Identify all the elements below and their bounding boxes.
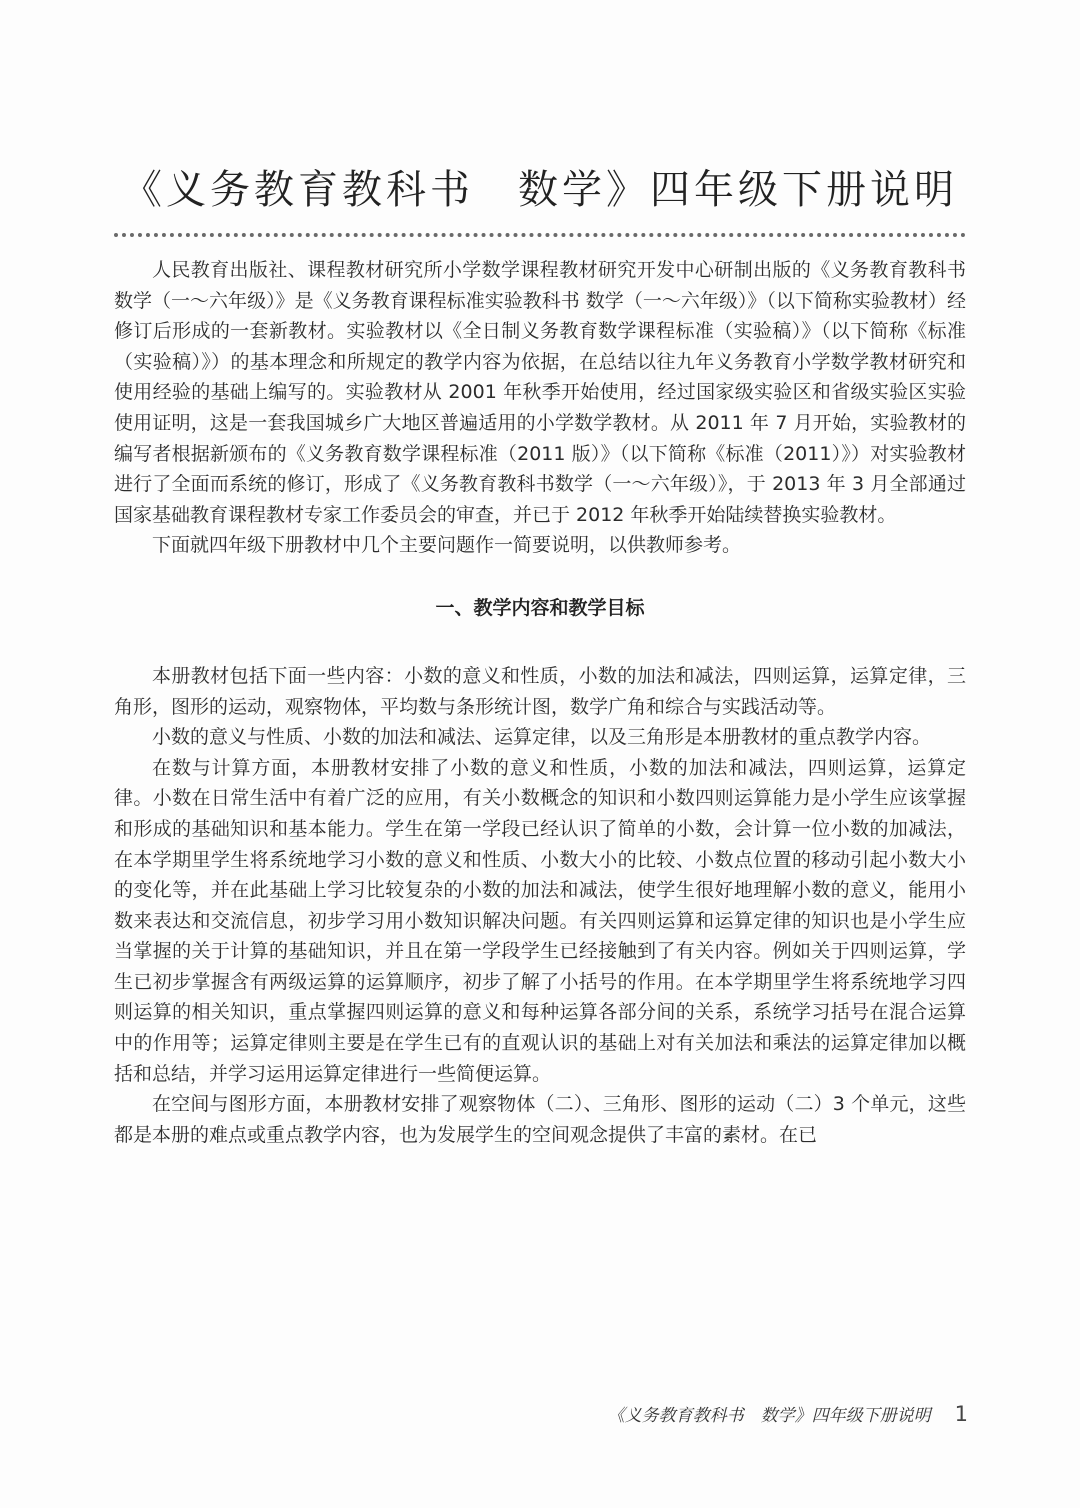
page-title: 《义务教育教科书 数学》四年级下册说明 (0, 158, 1080, 215)
page-footer: 《义务教育教科书 数学》四年级下册说明 1 (608, 1401, 968, 1426)
page-number: 1 (955, 1402, 968, 1426)
intro-paragraph-2: 下面就四年级下册教材中几个主要问题作一简要说明，以供教师参考。 (114, 530, 966, 561)
title-divider (114, 233, 966, 237)
section-paragraph-1: 本册教材包括下面一些内容：小数的意义和性质，小数的加法和减法，四则运算，运算定律… (114, 661, 966, 722)
section-paragraph-3: 在数与计算方面，本册教材安排了小数的意义和性质，小数的加法和减法，四则运算，运算… (114, 753, 966, 1090)
section-paragraph-4: 在空间与图形方面，本册教材安排了观察物体（二）、三角形、图形的运动（二）3 个单… (114, 1089, 966, 1150)
section-paragraph-2: 小数的意义与性质、小数的加法和减法、运算定律，以及三角形是本册教材的重点教学内容… (114, 722, 966, 753)
section-heading: 一、教学内容和教学目标 (114, 561, 966, 661)
document-page: 《义务教育教科书 数学》四年级下册说明 人民教育出版社、课程教材研究所小学数学课… (0, 0, 1080, 1508)
footer-running-title: 《义务教育教科书 数学》四年级下册说明 (608, 1401, 931, 1426)
intro-paragraph-1: 人民教育出版社、课程教材研究所小学数学课程教材研究开发中心研制出版的《义务教育教… (114, 255, 966, 530)
body-text: 人民教育出版社、课程教材研究所小学数学课程教材研究开发中心研制出版的《义务教育教… (114, 255, 966, 1150)
